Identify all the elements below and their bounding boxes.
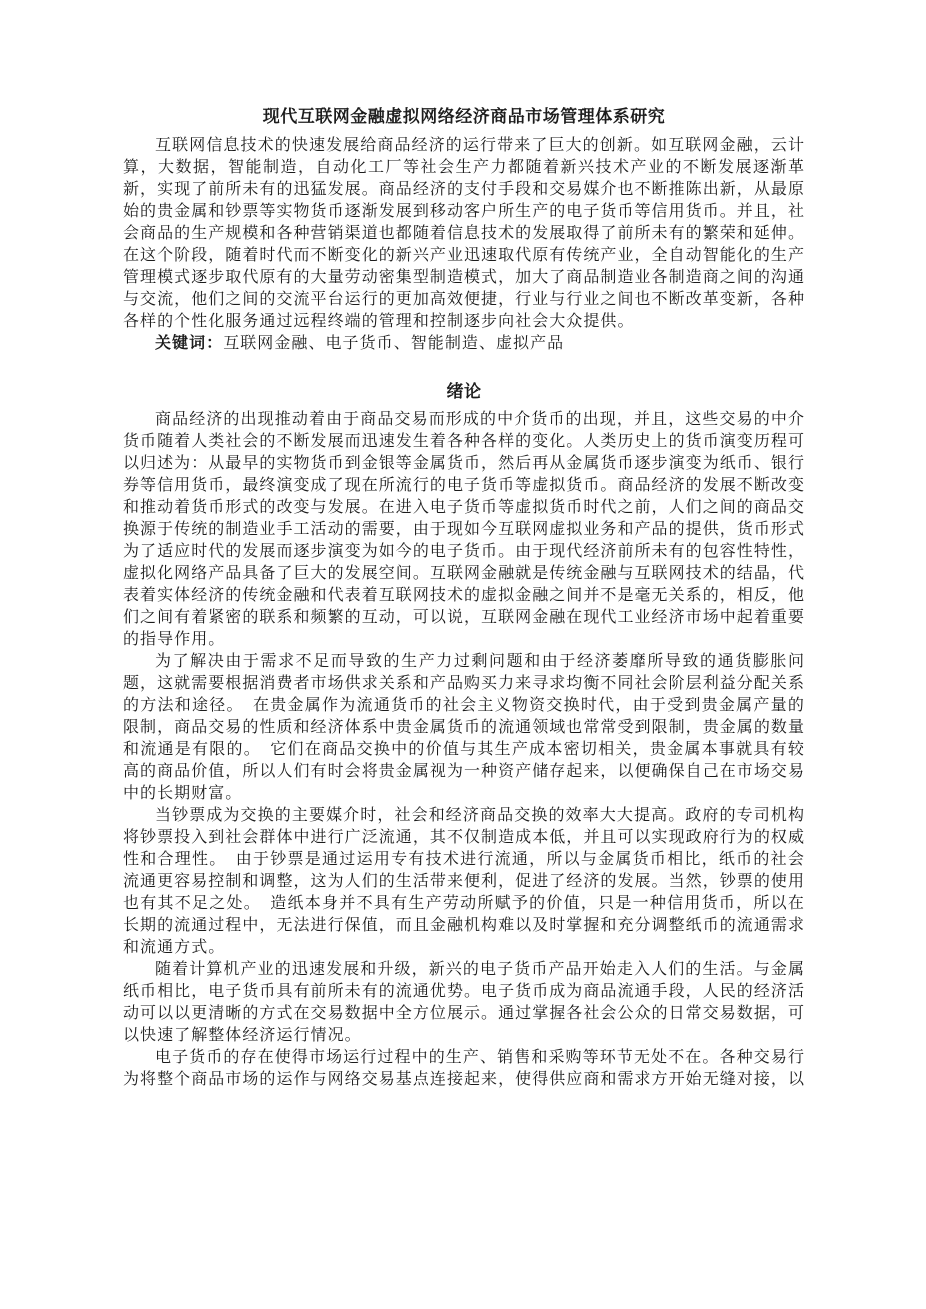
abstract-paragraph: 互联网信息技术的快速发展给商品经济的运行带来了巨大的创新。如互联网金融，云计算，…	[123, 135, 805, 333]
body-paragraph-1: 商品经济的出现推动着由于商品交易而形成的中介货币的出现，并且，这些交易的中介货币…	[123, 409, 805, 651]
keywords-text: 互联网金融、电子货币、智能制造、虚拟产品	[223, 335, 564, 352]
section-heading-introduction: 绪论	[123, 381, 805, 403]
document-title: 现代互联网金融虚拟网络经济商品市场管理体系研究	[123, 106, 805, 128]
document-page: 现代互联网金融虚拟网络经济商品市场管理体系研究 互联网信息技术的快速发展给商品经…	[0, 0, 926, 1309]
keywords-line: 关键词：互联网金融、电子货币、智能制造、虚拟产品	[123, 333, 805, 355]
body-paragraph-3: 当钞票成为交换的主要媒介时，社会和经济商品交换的效率大大提高。政府的专司机构将钞…	[123, 805, 805, 959]
keywords-label: 关键词：	[155, 335, 223, 352]
body-paragraph-5: 电子货币的存在使得市场运行过程中的生产、销售和采购等环节无处不在。各种交易行为将…	[123, 1047, 805, 1091]
body-paragraph-2: 为了解决由于需求不足而导致的生产力过剩问题和由于经济萎靡所导致的通货膨胀问题，这…	[123, 651, 805, 805]
body-paragraph-4: 随着计算机产业的迅速发展和升级，新兴的电子货币产品开始走入人们的生活。与金属纸币…	[123, 959, 805, 1047]
